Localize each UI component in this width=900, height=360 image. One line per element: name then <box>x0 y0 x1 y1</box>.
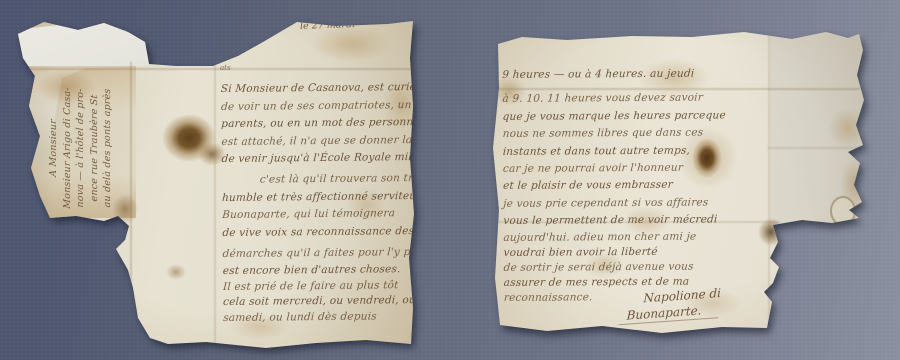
handwriting-line: cela soit mercredi, ou vendredi, ou <box>223 293 420 311</box>
margin-mark: ats <box>220 64 231 72</box>
handwriting-line: et le plaisir de vous embrasser <box>502 177 763 196</box>
handwriting-line: Si Monsieur de Casanova, est curieux <box>220 79 417 99</box>
handwriting-line: nous ne sommes libres que dans ces <box>502 124 763 143</box>
letter-body-page-1: Si Monsieur de Casanova, est curieuxde v… <box>221 79 420 326</box>
handwriting-line: 9 heures — ou à 4 heures. au jeudi <box>502 65 763 84</box>
handwriting-line: à 9. 10. 11 heures vous devez savoir <box>502 89 763 108</box>
handwriting-line: A Monsieur <box>47 73 61 224</box>
stain <box>166 264 186 280</box>
stain <box>311 26 391 62</box>
letter-body-page-2: 9 heures — ou à 4 heures. au jeudià 9. 1… <box>502 65 764 306</box>
handwriting-line: aujourd'hui. adieu mon cher ami je <box>503 229 764 246</box>
handwriting-line: au delà des ponts après <box>101 73 115 224</box>
paper-sheet-2: 9 heures — ou à 4 heures. au jeudià 9. 1… <box>492 30 870 335</box>
handwriting-line: je vous prie cependant si vos affaires <box>503 194 764 213</box>
handwriting-line: de vive voix sa reconnaissance des <box>222 223 419 243</box>
fold-line <box>214 64 216 346</box>
handwriting-line: parents, ou en un mot des personnes qui … <box>221 114 418 134</box>
letter-page-1: le 27 mardi ats A MonsieurMonsieur Arigo… <box>16 18 416 350</box>
handwriting-line: nova — à l'hôtel de pro- <box>74 73 88 224</box>
handwriting-line: de voir un de ses compatriotes, un de se… <box>220 97 417 117</box>
handwriting-line: Monsieur Arigo di Casa- <box>61 73 75 224</box>
stain <box>828 108 868 148</box>
handwriting-line: de venir jusqu'à l'École Royale militair… <box>221 149 418 169</box>
stain <box>112 194 138 224</box>
fold-line <box>768 34 770 324</box>
fold-line <box>18 68 410 70</box>
signature-block: Napolione di Buonaparte. <box>617 284 739 325</box>
tear-mark <box>830 196 856 226</box>
photo-background: le 27 mardi ats A MonsieurMonsieur Arigo… <box>0 0 900 360</box>
handwriting-line: samedi, ou lundi dès depuis <box>223 309 420 327</box>
handwriting-line: instants et dans tout autre temps, <box>502 142 763 161</box>
handwriting-line: que je vous marque les heures parceque <box>502 107 763 126</box>
handwriting-line: est encore bien d'autres choses. <box>222 262 419 280</box>
address-block: A MonsieurMonsieur Arigo di Casa-nova — … <box>47 73 115 223</box>
letter-page-2: 9 heures — ou à 4 heures. au jeudià 9. 1… <box>492 30 870 335</box>
handwriting-line: ence rue Traubère St <box>88 73 102 224</box>
dateline: le 27 mardi <box>300 19 355 32</box>
handwriting-line: Buonaparte, qui lui témoignera <box>222 205 419 225</box>
handwriting-line: humble et très affectionné serviteur <box>221 188 418 208</box>
handwriting-line: démarches qu'il a faites pour l'y placer… <box>222 244 419 264</box>
handwriting-line: vous le permettent de me voir mécredi <box>503 211 764 230</box>
paper-sheet-1: le 27 mardi ats A MonsieurMonsieur Arigo… <box>16 18 416 350</box>
handwriting-line: c'est là qu'il trouvera son très- <box>221 170 418 190</box>
